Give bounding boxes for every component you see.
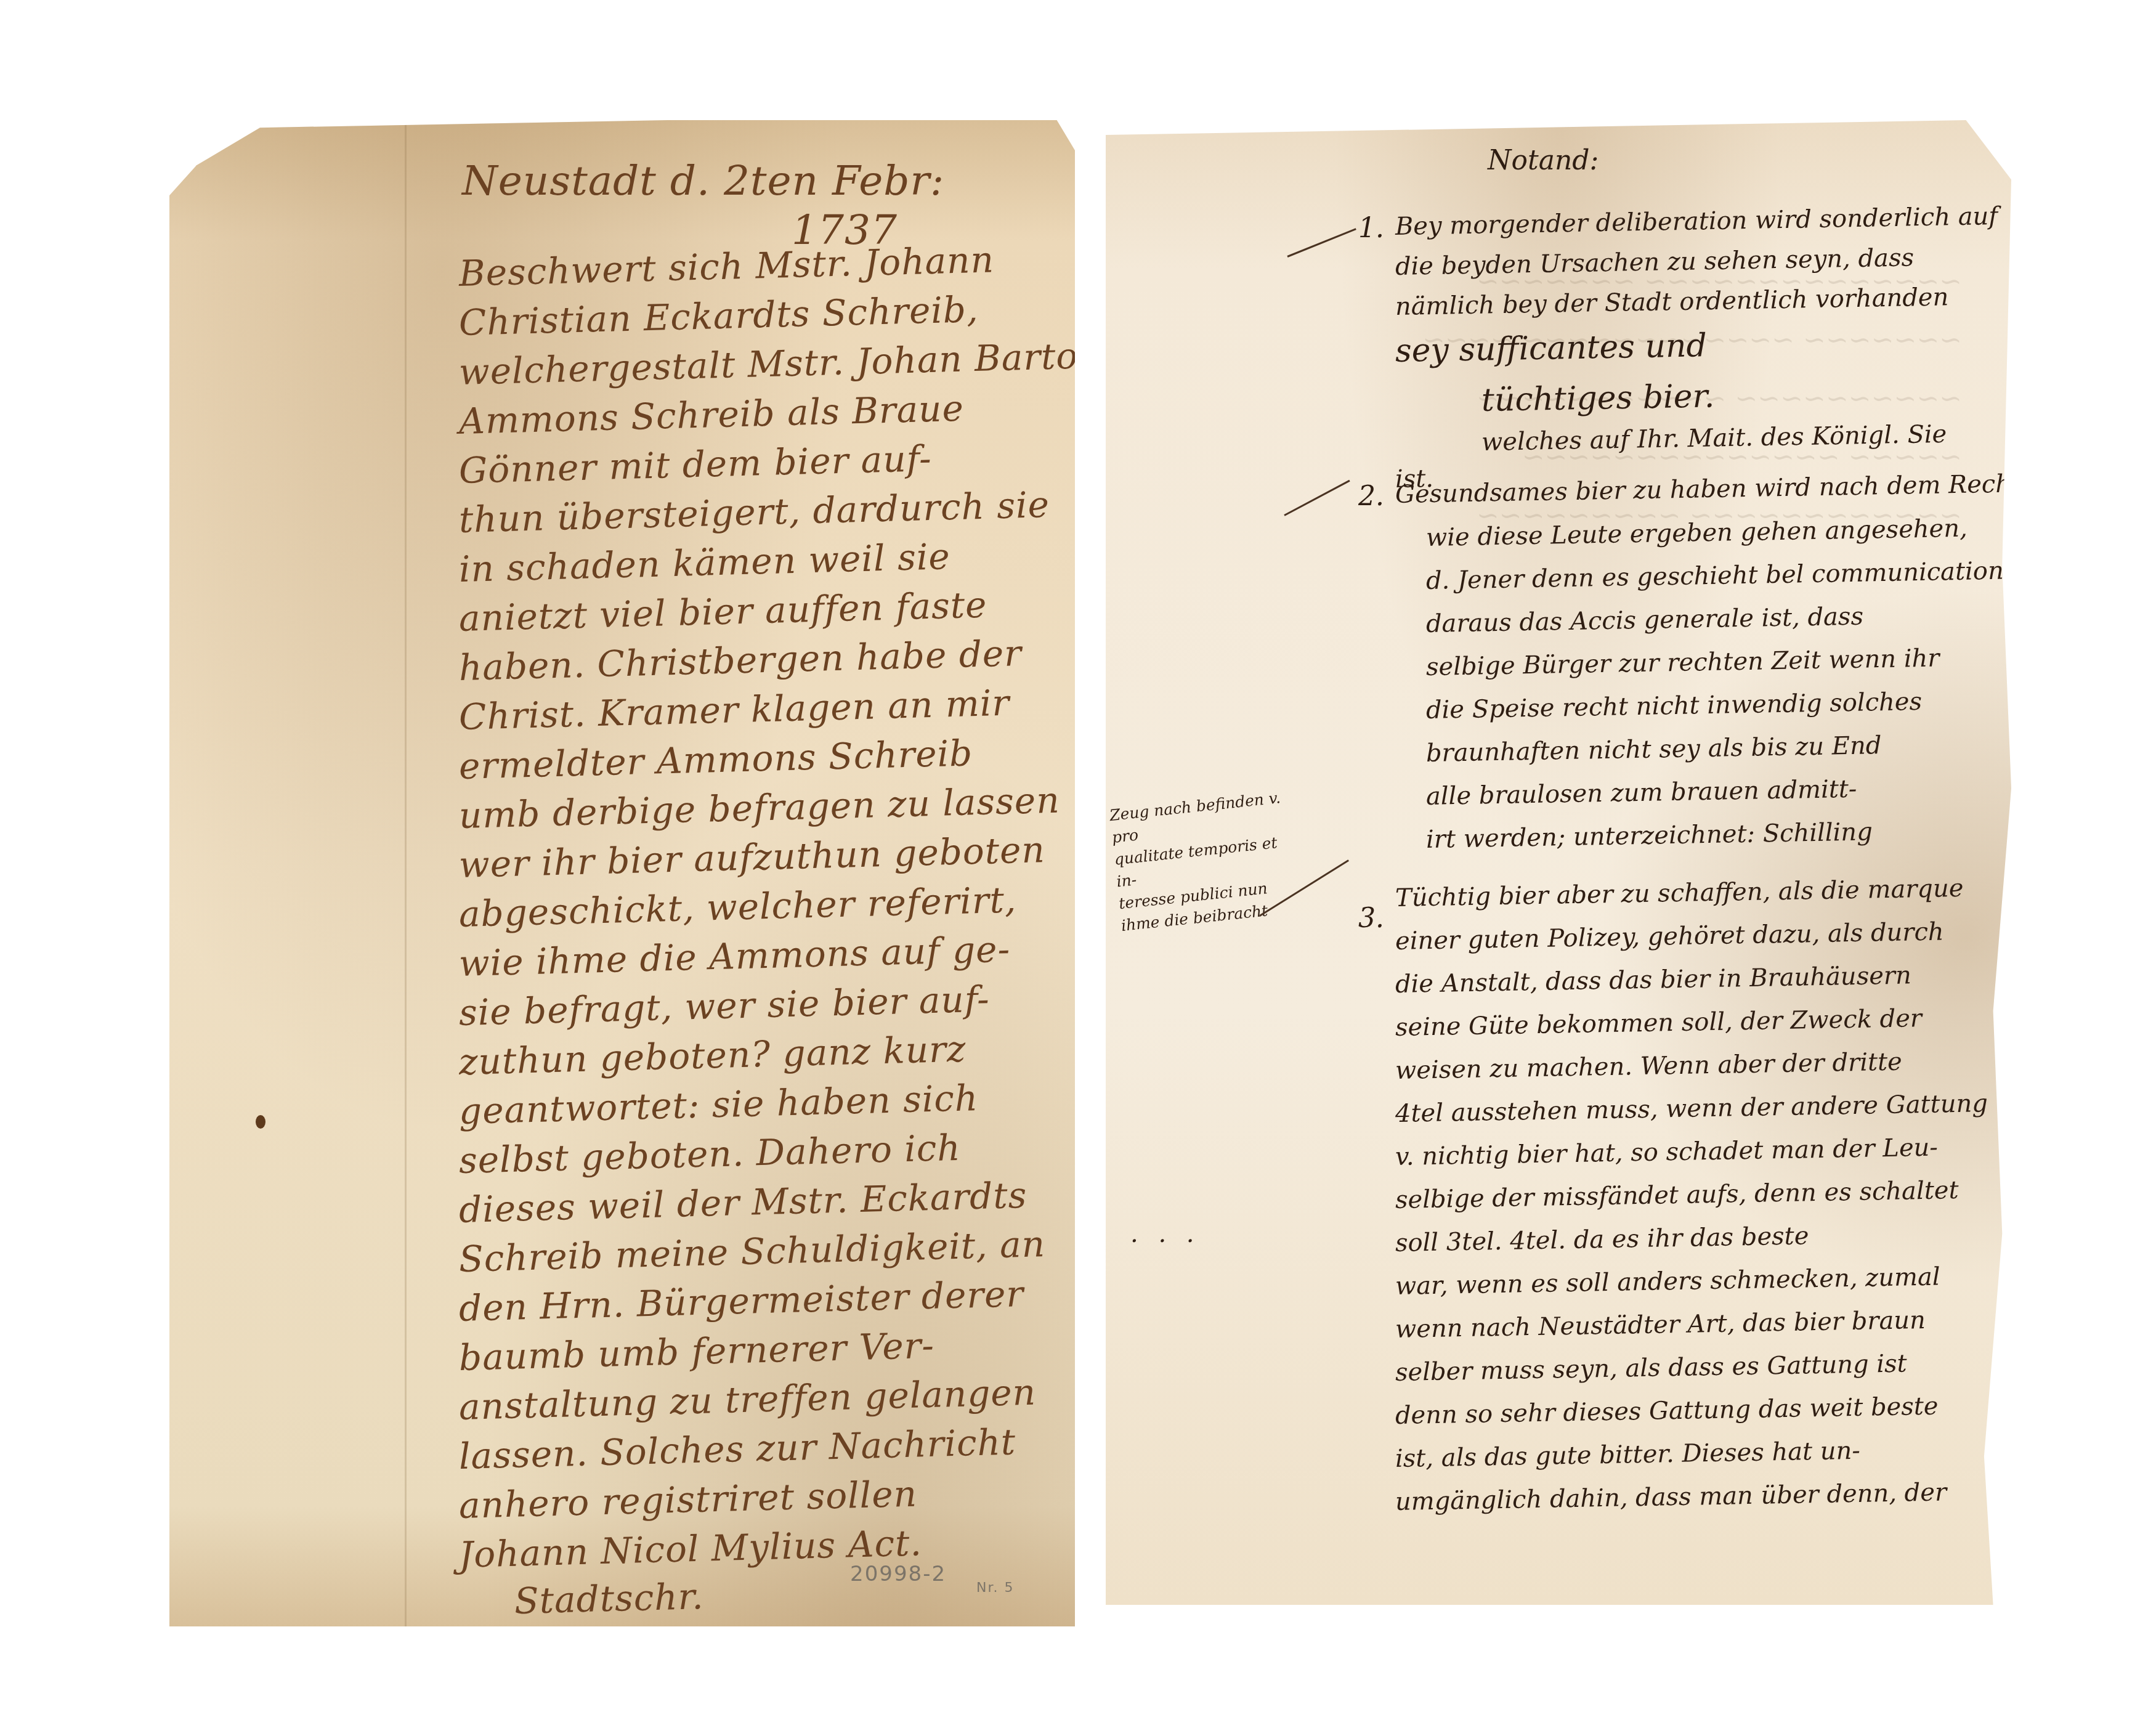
manuscript-line: denn so sehr dieses Gattung das weit bes… [1395, 1392, 1939, 1430]
manuscript-line: irt werden; unterzeichnet: Schilling [1426, 818, 1873, 854]
manuscript-line: Gesundsames bier zu haben wird nach dem … [1395, 469, 2022, 509]
manuscript-line: Bey morgender deliberation wird sonderli… [1395, 202, 1998, 241]
manuscript-line: ermeldter Ammons Schreib [458, 732, 973, 787]
manuscript-line: Tüchtig bier aber zu schaffen, als die m… [1395, 874, 1964, 912]
manuscript-sheet-right: ~~~~~~~~~~~~~~ ~~~~~~~ ~~~~~~~ ~~~~~~~~~… [1106, 120, 2011, 1605]
manuscript-line: selbige der missfändet aufs, denn es sch… [1395, 1176, 1959, 1214]
manuscript-line: welchergestalt Mstr. Johan Bartol [458, 335, 1091, 393]
manuscript-line: geantwortet: sie haben sich [458, 1077, 979, 1132]
margin-stroke [1284, 480, 1350, 516]
manuscript-line: thun übersteigert, dardurch sie [458, 484, 1050, 541]
item-number: 1. [1358, 213, 1384, 244]
notes-heading: Notand: [1488, 145, 1599, 176]
manuscript-line: den Hrn. Bürgermeister derer [458, 1273, 1024, 1329]
manuscript-line: selbst geboten. Dahero ich [458, 1127, 961, 1182]
ink-blot [256, 1115, 265, 1129]
manuscript-line: einer guten Polizey, gehöret dazu, als d… [1395, 917, 1944, 956]
manuscript-line: wie ihme die Ammons auf ge- [458, 928, 1011, 984]
manuscript-line: Christian Eckardts Schreib, [458, 288, 979, 344]
manuscript-line: wenn nach Neustädter Art, das bier braun [1395, 1306, 1926, 1344]
item-number: 2. [1358, 481, 1384, 512]
manuscript-line: v. nichtig bier hat, so schadet man der … [1395, 1134, 1939, 1171]
manuscript-line: die beyden Ursachen zu sehen seyn, dass [1395, 243, 1915, 281]
manuscript-line: soll 3tel. 4tel. da es ihr das beste [1395, 1222, 1809, 1257]
manuscript-line: lassen. Solches zur Nachricht [458, 1421, 1016, 1477]
manuscript-line: haben. Christbergen habe der [458, 632, 1023, 689]
margin-stroke [1287, 228, 1356, 258]
margin-note: Zeug nach befinden v. pro qualitate temp… [1109, 785, 1307, 937]
manuscript-line: die Anstalt, dass das bier in Brauhäuser… [1395, 961, 1912, 999]
manuscript-line: umb derbige befragen zu lassen [458, 779, 1060, 837]
manuscript-sheet-left: Neustadt d. 2ten Febr: 1737 Beschwert si… [169, 120, 1075, 1626]
manuscript-line: war, wenn es soll anders schmecken, zuma… [1395, 1263, 1940, 1301]
manuscript-line: selbige Bürger zur rechten Zeit wenn ihr [1426, 644, 1940, 681]
manuscript-line: die Speise recht nicht inwendig solches [1426, 688, 1923, 724]
letter-heading-place-date: Neustadt d. 2ten Febr: [462, 157, 944, 205]
manuscript-line: Christ. Kramer klagen an mir [458, 682, 1010, 738]
manuscript-line: Gönner mit dem bier auf- [458, 437, 932, 492]
manuscript-line: baumb umb fernerer Ver- [458, 1325, 935, 1379]
manuscript-line: 4tel ausstehen muss, wenn der andere Gat… [1395, 1089, 1988, 1128]
manuscript-line: seine Güte bekommen soll, der Zweck der [1395, 1004, 1923, 1042]
manuscript-line: wer ihr bier aufzuthun geboten [458, 829, 1045, 886]
manuscript-line: weisen zu machen. Wenn aber der dritte [1395, 1048, 1903, 1085]
paper-fold-crease [405, 120, 407, 1626]
item-number: 3. [1358, 903, 1384, 934]
archive-number: 20998-2 [850, 1562, 946, 1586]
manuscript-line: sey sufficantes und [1395, 327, 1707, 370]
manuscript-line: nämlich bey der Stadt ordentlich vorhand… [1395, 283, 1949, 321]
manuscript-line: zuthun geboten? ganz kurz [458, 1028, 967, 1083]
manuscript-line: anietzt viel bier auffen faste [458, 584, 987, 639]
manuscript-line: selber muss seyn, als dass es Gattung is… [1395, 1350, 1907, 1387]
manuscript-line: braunhaften nicht sey als bis zu End [1426, 731, 1882, 768]
manuscript-line: abgeschickt, welcher referirt, [458, 879, 1017, 935]
manuscript-signature: Stadtschr. [514, 1575, 704, 1622]
manuscript-line: anhero registriret sollen [458, 1473, 918, 1527]
manuscript-line: welches auf Ihr. Mait. des Königl. Sie [1481, 420, 1947, 457]
manuscript-line: anstaltung zu treffen gelangen [458, 1371, 1037, 1428]
manuscript-line: Ammons Schreib als Braue [458, 388, 965, 442]
manuscript-line: ist, als das gute bitter. Dieses hat un- [1395, 1437, 1861, 1473]
manuscript-line: Beschwert sich Mstr. Johann [458, 238, 995, 294]
manuscript-line: alle braulosen zum brauen admitt- [1426, 775, 1857, 811]
manuscript-line: wie diese Leute ergeben gehen angesehen, [1426, 514, 1968, 552]
manuscript-line: sie befragt, wer sie bier auf- [458, 978, 990, 1034]
manuscript-line: tüchtiges bier. [1481, 378, 1714, 419]
pencil-note: Nr. 5 [976, 1580, 1014, 1596]
margin-dots: . . . [1130, 1220, 1201, 1248]
manuscript-line: dieses weil der Mstr. Eckardts [458, 1174, 1027, 1231]
manuscript-line: umgänglich dahin, dass man über denn, de… [1395, 1478, 1947, 1516]
manuscript-line: Schreib meine Schuldigkeit, an [458, 1223, 1046, 1280]
manuscript-line: in schaden kämen weil sie [458, 535, 950, 590]
manuscript-line: d. Jener denn es geschieht bel communica… [1426, 557, 2004, 595]
manuscript-line: daraus das Accis generale ist, dass [1426, 603, 1864, 638]
